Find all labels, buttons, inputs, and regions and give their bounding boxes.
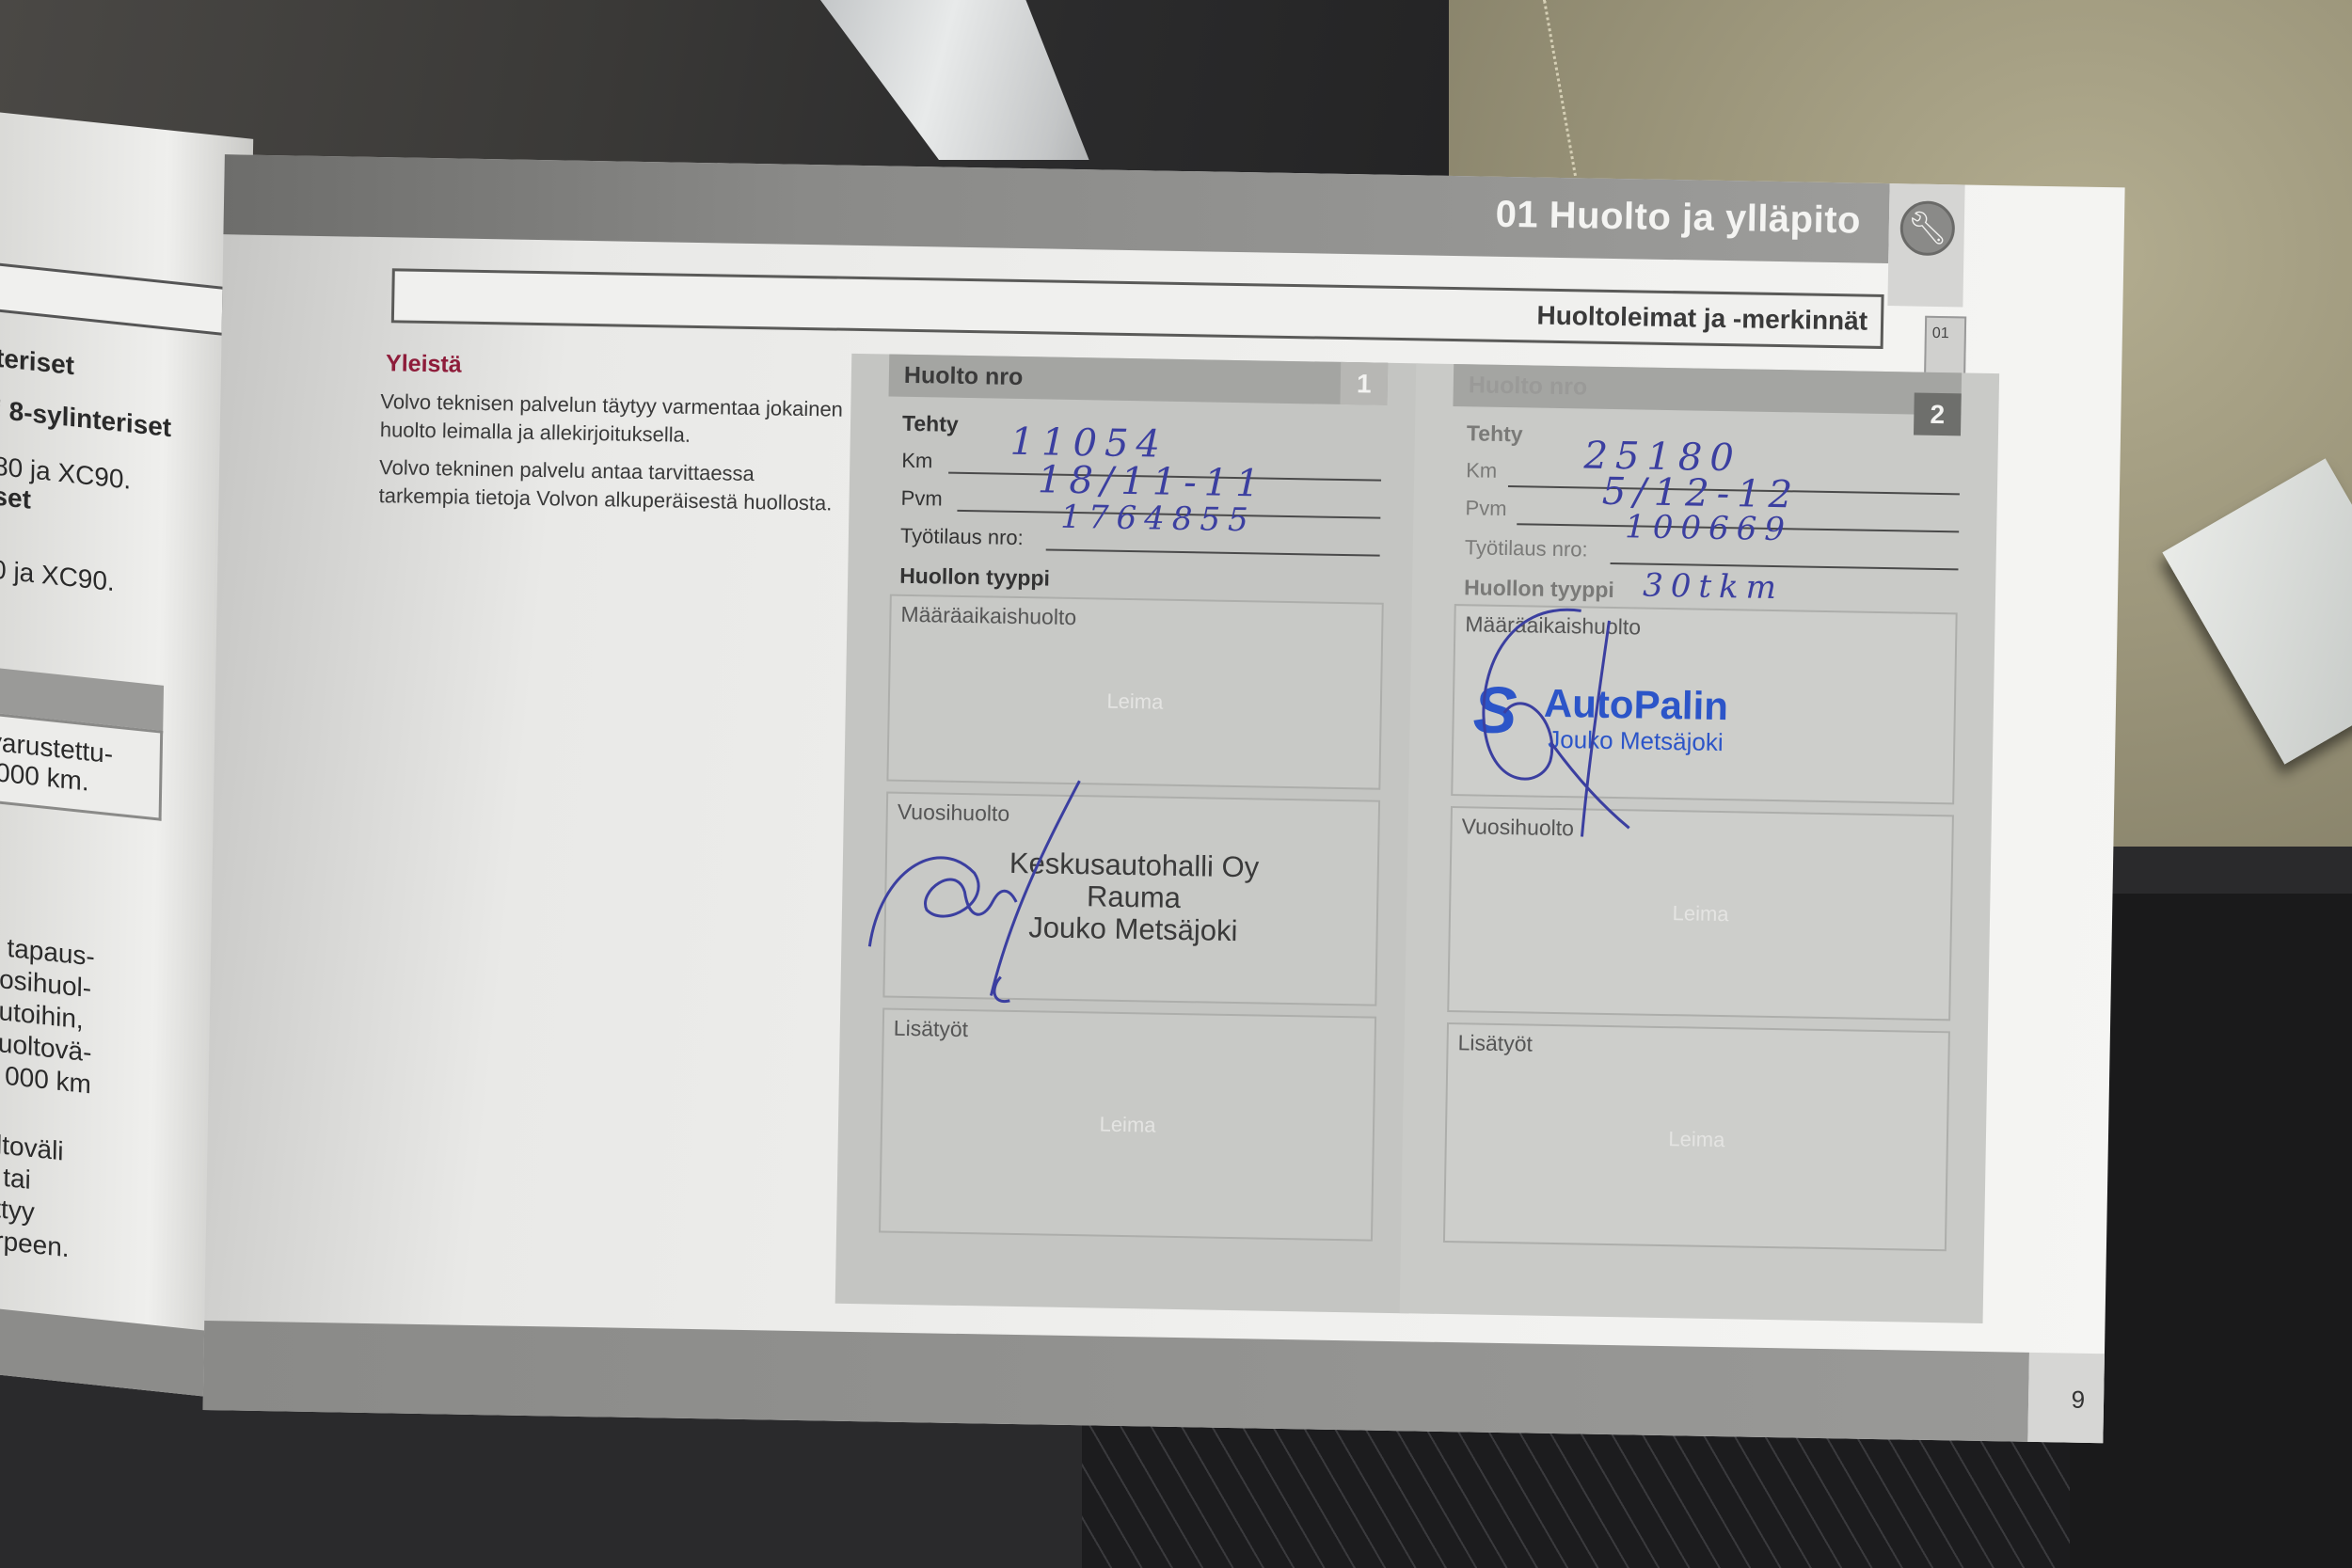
service-record-1: Huolto nro 1 Tehty Km 11054 Pvm 18/11-11… xyxy=(835,354,1426,1313)
left-text-fragment: set xyxy=(0,481,31,515)
right-page: 01 Huolto ja ylläpito 🔧︎ Huoltoleimat ja… xyxy=(203,154,2125,1443)
left-text-fragment: n tai xyxy=(0,1160,31,1196)
done-label: Tehty xyxy=(1467,420,1523,447)
intro-heading: Yleistä xyxy=(386,350,462,378)
done-label: Tehty xyxy=(902,411,959,437)
stamp-placeholder: Leima xyxy=(882,1109,1373,1142)
service-header-label: Huolto nro xyxy=(1469,372,1588,401)
service-type-label: Huollon tyyppi xyxy=(1464,575,1614,603)
wrench-icon: 🔧︎ xyxy=(1899,200,1955,256)
left-text-fragment: arpeen. xyxy=(0,1224,70,1263)
service-record-2: Huolto nro 2 Tehty Km 25180 Pvm 5/12-12 … xyxy=(1400,363,2000,1323)
order-label: Työtilaus nro: xyxy=(900,524,1024,550)
date-label: Pvm xyxy=(1465,496,1506,521)
left-text-fragment: i 8-sylinteriset xyxy=(0,394,171,443)
order-line xyxy=(1046,548,1380,556)
order-value: 1764855 xyxy=(1060,499,1256,540)
left-text-fragment: yttyy xyxy=(0,1192,35,1227)
section-title: Huoltoleimat ja -merkinnät xyxy=(1536,301,1867,337)
page-number: 9 xyxy=(2071,1386,2085,1415)
chapter-header: 01 Huolto ja ylläpito xyxy=(223,154,1889,263)
service-number: 2 xyxy=(1914,393,1962,436)
km-label: Km xyxy=(1466,458,1497,483)
order-label: Työtilaus nro: xyxy=(1465,535,1588,562)
stamp-placeholder: Leima xyxy=(890,686,1380,719)
box-label: Määräaikaishuolto xyxy=(900,602,1076,630)
km-label: Km xyxy=(901,449,932,474)
service-booklet: teriset i 8-sylinteriset 80 ja XC90. set… xyxy=(0,94,2136,1448)
chapter-icon-tab: 🔧︎ xyxy=(1887,183,1964,307)
left-footer-band xyxy=(0,1304,232,1399)
footer-band xyxy=(203,1321,2029,1442)
signature xyxy=(1464,599,1750,848)
stamp-placeholder: Leima xyxy=(1447,1123,1947,1156)
order-value: 100669 xyxy=(1625,508,1792,548)
chapter-title: 01 Huolto ja ylläpito xyxy=(1495,194,1861,243)
signature xyxy=(859,758,1240,1047)
date-label: Pvm xyxy=(900,486,942,512)
footer-page-tab xyxy=(2027,1353,2105,1443)
side-tab-label: 01 xyxy=(1932,325,1949,342)
left-text-fragment: 0 ja XC90. xyxy=(0,554,115,597)
additional-work-box: Lisätyöt Leima xyxy=(1443,1022,1950,1251)
intro-paragraph: Volvo teknisen palvelun täytyy varmentaa… xyxy=(380,388,851,452)
intro-paragraph: Volvo tekninen palvelu antaa tarvittaess… xyxy=(378,453,850,518)
service-type-value: 30tkm xyxy=(1643,567,1784,608)
service-number: 1 xyxy=(1340,362,1388,405)
service-type-label: Huollon tyyppi xyxy=(899,563,1050,592)
left-text-fragment: oltoväli xyxy=(0,1128,64,1166)
service-header-label: Huolto nro xyxy=(904,362,1024,391)
box-label: Lisätyöt xyxy=(1457,1030,1533,1056)
service-header: Huolto nro 2 xyxy=(1453,364,1962,415)
left-text-fragment: teriset xyxy=(0,342,74,381)
section-header: Huoltoleimat ja -merkinnät xyxy=(391,268,1884,349)
stamp-placeholder: Leima xyxy=(1451,897,1950,930)
left-header-box xyxy=(0,260,225,336)
service-header: Huolto nro 1 xyxy=(889,355,1389,405)
